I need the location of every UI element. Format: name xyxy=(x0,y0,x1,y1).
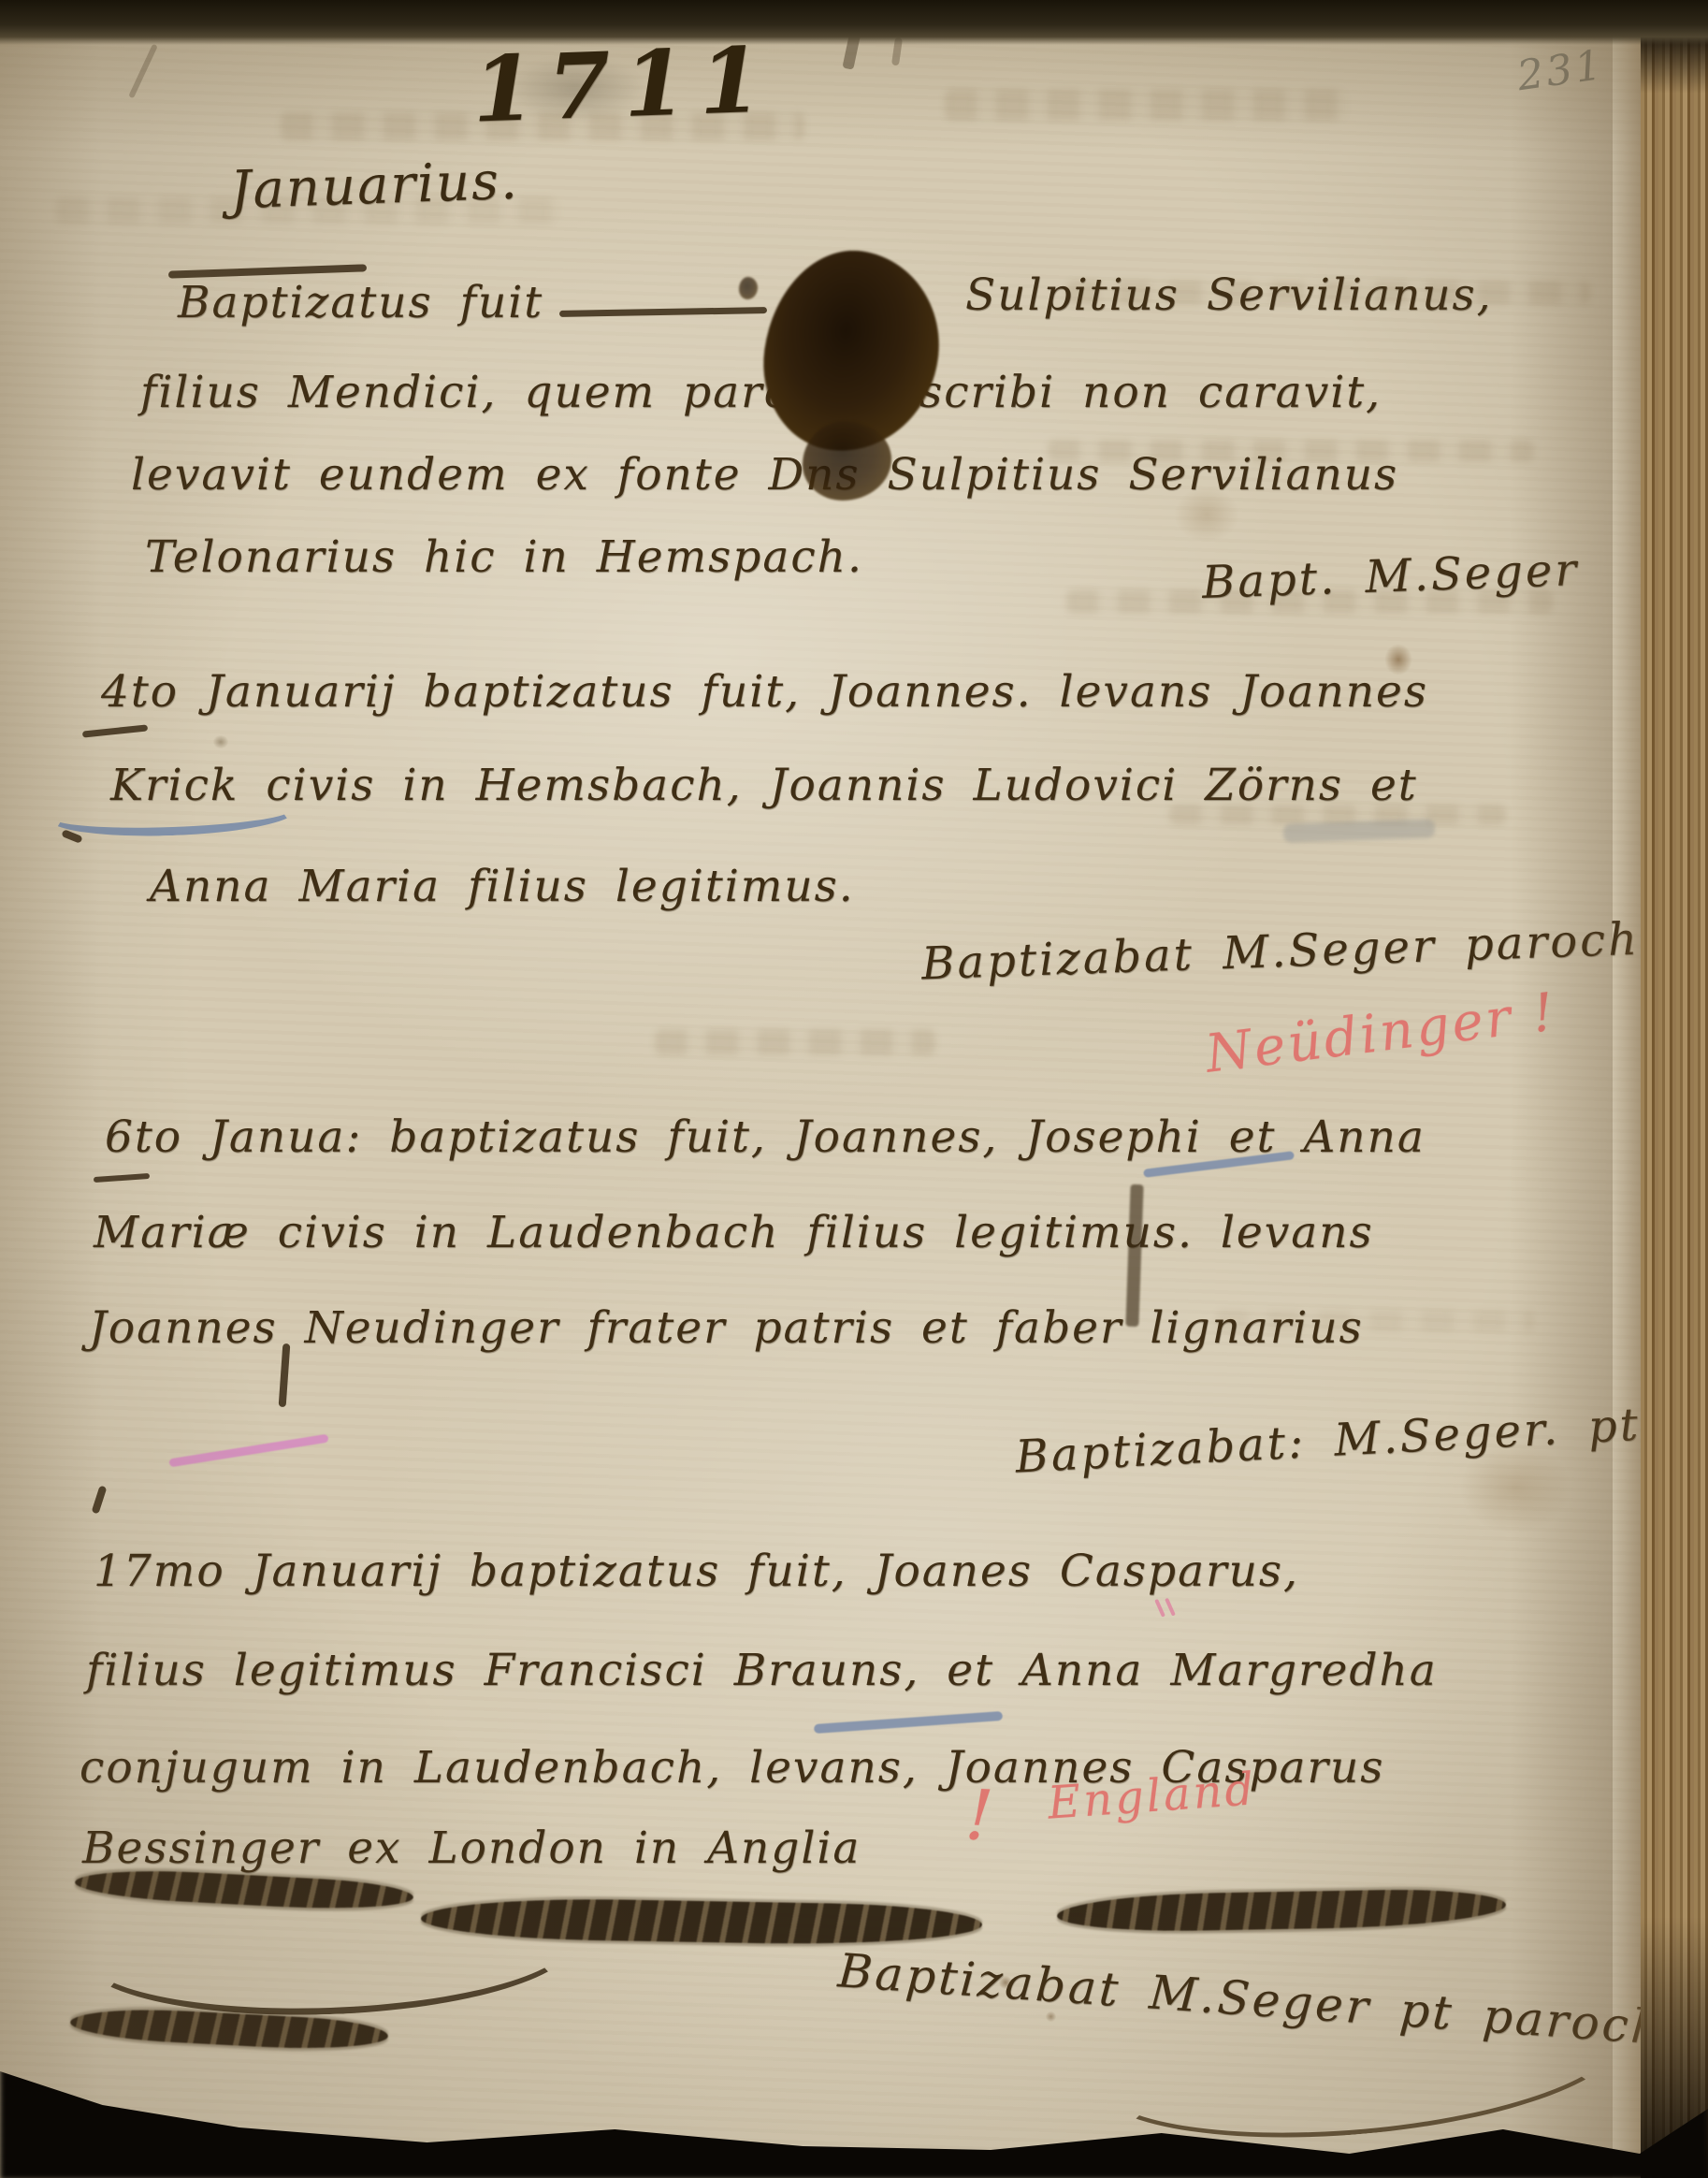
entry-3-date-underline xyxy=(94,1173,150,1183)
book-top-edge xyxy=(0,0,1708,45)
entry-1-line-1-left: Baptizatus fuit xyxy=(178,277,543,328)
entry-4-line-1: 17mo Januarij baptizatus fuit, Joanes Ca… xyxy=(94,1546,1299,1597)
pink-squiggle-mark xyxy=(1151,1596,1181,1618)
entry-2-date-underline xyxy=(82,724,148,737)
ink-blot-drop xyxy=(739,277,758,299)
entry-3-line-1: 6to Janua: baptizatus fuit, Joannes, Jos… xyxy=(105,1111,1426,1163)
gray-smudge xyxy=(1283,819,1436,843)
crossed-out-text xyxy=(1057,1888,1507,1933)
book-page-edges xyxy=(1641,0,1708,2178)
page-curve-shadow xyxy=(1510,0,1613,2178)
entry-1-line-2: filius Mendici, quem parens inscribi non… xyxy=(140,367,1382,418)
paper-stain xyxy=(213,735,228,748)
entry-1-line-1-right: Sulpitius Servilianus, xyxy=(965,269,1493,321)
entry-2-line-2: Krick civis in Hemsbach, Joannis Ludovic… xyxy=(110,760,1418,811)
manuscript-scan: 1711 231 Januarius. Baptizatus fuit Sulp… xyxy=(0,0,1708,2178)
paper-stain xyxy=(1046,2011,1056,2022)
entry-4-apostrophe-mark xyxy=(92,1485,108,1514)
entry-1-line-4: Telonarius hic in Hemspach. xyxy=(145,531,863,583)
entry-3-line-3: Joannes Neudinger frater patris et faber… xyxy=(89,1302,1364,1354)
month-heading: Januarius. xyxy=(229,151,520,222)
ink-speck xyxy=(128,44,158,99)
blue-underline-brauns xyxy=(814,1711,1003,1734)
entry-4-line-2: filius legitimus Francisci Brauns, et An… xyxy=(86,1645,1438,1696)
entry-3-line-2: Mariæ civis in Laudenbach filius legitim… xyxy=(94,1207,1374,1258)
annotation-exclamation: ! xyxy=(963,1775,998,1857)
page-fold-shadow xyxy=(1611,0,1641,2178)
blue-underline-krick xyxy=(48,789,296,839)
bleedthrough-line xyxy=(655,1029,935,1055)
entry-2-line-3: Anna Maria filius legitimus. xyxy=(150,861,855,912)
entry-1-dash xyxy=(559,307,767,317)
annotation-neudinger: Neüdinger ! xyxy=(1202,981,1559,1084)
pink-line-mark xyxy=(168,1434,328,1468)
bleedthrough-line xyxy=(945,89,1347,121)
paper-page: 1711 231 Januarius. Baptizatus fuit Sulp… xyxy=(0,0,1708,2178)
entry-2-line-1: 4to Januarij baptizatus fuit, Joannes. l… xyxy=(101,666,1428,718)
entry-1-line-3: levavit eundem ex fonte Dns Sulpitius Se… xyxy=(131,449,1398,501)
entry-4-line-4: Bessinger ex London in Anglia xyxy=(82,1822,861,1874)
